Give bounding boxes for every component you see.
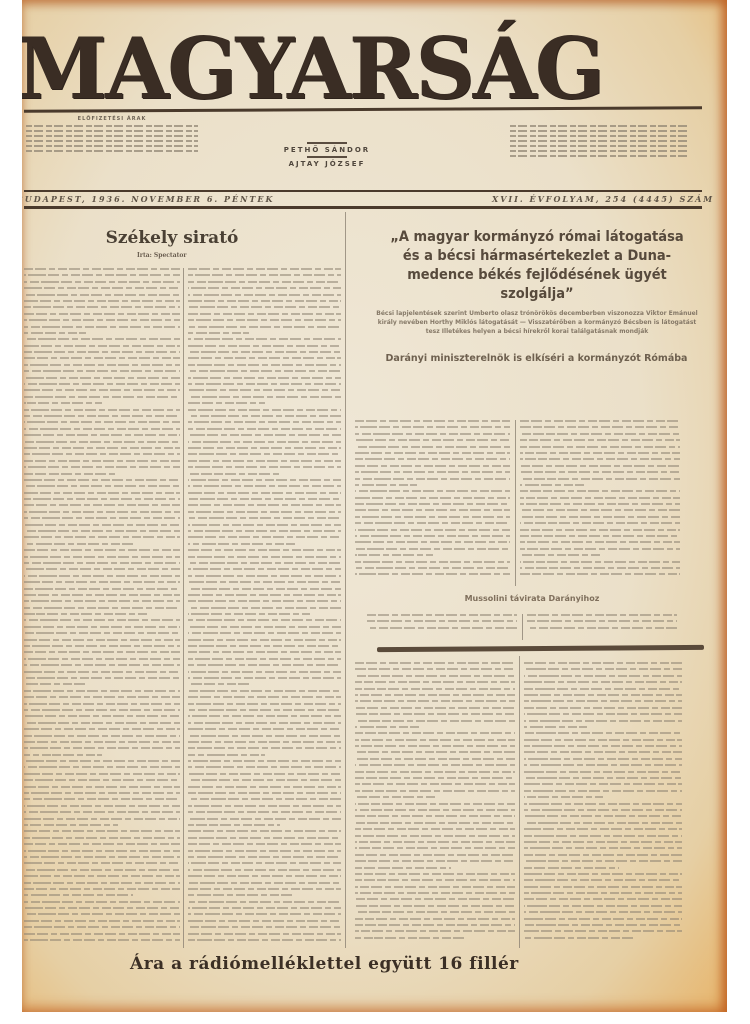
text-line	[188, 556, 341, 558]
text-line	[188, 600, 341, 602]
text-line	[188, 345, 341, 347]
text-line	[355, 522, 510, 524]
text-line	[188, 856, 341, 858]
text-line	[355, 458, 510, 460]
text-line	[188, 626, 341, 628]
text-line	[24, 901, 180, 903]
text-line	[355, 790, 515, 792]
text-line	[355, 911, 515, 913]
text-line	[24, 504, 180, 506]
text-line	[24, 402, 102, 404]
text-line	[355, 548, 510, 550]
text-line	[520, 529, 680, 531]
text-line	[24, 549, 180, 551]
subscription-info-text	[26, 125, 198, 152]
text-line	[24, 511, 180, 513]
text-line	[188, 933, 341, 935]
text-line	[24, 690, 180, 692]
editor-label-rule	[307, 142, 347, 144]
text-line	[188, 364, 341, 366]
text-line	[188, 377, 341, 379]
text-line	[520, 446, 680, 448]
text-line	[355, 668, 515, 670]
text-line	[24, 274, 180, 276]
text-line	[188, 683, 249, 685]
text-line	[24, 492, 180, 494]
text-line	[188, 677, 341, 679]
text-line	[188, 869, 341, 871]
text-line	[188, 338, 341, 340]
text-line	[24, 862, 180, 864]
text-line	[24, 933, 180, 935]
text-line	[24, 294, 180, 296]
text-line	[24, 786, 180, 788]
text-line	[188, 453, 341, 455]
text-line	[188, 632, 341, 634]
text-line	[355, 452, 510, 454]
text-line	[24, 735, 180, 737]
left-article-column-2	[188, 268, 341, 948]
text-line	[355, 803, 515, 805]
text-line	[355, 471, 510, 473]
text-line	[24, 396, 180, 398]
text-line	[24, 530, 180, 532]
text-line	[520, 471, 680, 473]
text-line	[188, 811, 341, 813]
text-line	[355, 751, 515, 753]
text-line	[355, 554, 433, 556]
text-line	[24, 837, 180, 839]
text-line	[24, 357, 180, 359]
text-line	[188, 907, 341, 909]
text-line	[24, 434, 180, 436]
text-line	[24, 613, 149, 615]
editors-block: PETHŐ SÁNDOR AJTAY JÓZSEF	[262, 140, 392, 168]
text-line	[24, 850, 180, 852]
newspaper-page: MAGYARSÁG ELŐFIZETÉSI ÁRAK PETHŐ SÁNDOR …	[22, 0, 727, 1012]
text-line	[524, 937, 635, 939]
text-line	[188, 728, 341, 730]
text-line	[355, 777, 515, 779]
text-line	[24, 920, 180, 922]
text-line	[524, 905, 682, 907]
text-line	[24, 485, 180, 487]
text-line	[188, 779, 341, 781]
text-line	[355, 758, 515, 760]
text-line	[188, 409, 341, 411]
text-line	[24, 345, 180, 347]
text-line	[24, 760, 180, 762]
office-info-text	[510, 125, 690, 157]
text-line	[188, 517, 341, 519]
text-line	[355, 739, 515, 741]
text-line	[520, 541, 680, 543]
text-line	[188, 830, 341, 832]
text-line	[188, 549, 341, 551]
text-line	[355, 764, 515, 766]
text-line	[355, 867, 451, 869]
text-line	[24, 907, 180, 909]
dateline-left: BUDAPEST, 1936. NOVEMBER 6. PÉNTEK	[22, 194, 274, 204]
text-line	[24, 856, 180, 858]
text-line	[355, 529, 510, 531]
text-line	[524, 847, 682, 849]
text-line	[24, 696, 180, 698]
text-line	[24, 703, 180, 705]
dateline-rule	[24, 206, 702, 209]
text-line	[520, 497, 680, 499]
left-article-column-1	[24, 268, 180, 948]
text-line	[524, 841, 682, 843]
text-line	[355, 465, 510, 467]
text-line	[24, 824, 118, 826]
text-line	[188, 441, 341, 443]
text-line	[188, 568, 341, 570]
text-line	[24, 588, 180, 590]
text-line	[188, 351, 341, 353]
text-line	[355, 567, 510, 569]
text-line	[355, 497, 510, 499]
text-line	[188, 428, 341, 430]
text-line	[524, 860, 682, 862]
text-line	[24, 415, 180, 417]
left-article-headline: Székely sirató	[72, 228, 272, 248]
text-line	[188, 741, 341, 743]
text-line	[188, 447, 341, 449]
text-line	[355, 924, 515, 926]
text-line	[524, 713, 682, 715]
text-line	[188, 460, 341, 462]
right-article-deck: Darányi miniszterelnök is elkíséri a kor…	[374, 352, 699, 365]
text-line	[188, 332, 249, 334]
text-line	[24, 479, 180, 481]
text-line	[520, 567, 680, 569]
text-line	[355, 937, 467, 939]
text-line	[24, 722, 180, 724]
text-line	[24, 383, 180, 385]
text-line	[524, 815, 682, 817]
text-line	[188, 850, 341, 852]
text-line	[188, 588, 341, 590]
text-line	[524, 758, 682, 760]
text-line	[24, 364, 180, 366]
text-line	[188, 645, 341, 647]
text-line	[24, 447, 180, 449]
text-line	[355, 879, 515, 881]
column-divider	[183, 268, 184, 948]
text-line	[24, 805, 180, 807]
text-line	[24, 639, 180, 641]
text-line	[24, 421, 180, 423]
masthead-title: MAGYARSÁG	[22, 30, 692, 108]
text-line	[24, 728, 180, 730]
lower-column-1	[355, 662, 515, 948]
text-line	[527, 627, 677, 629]
text-line	[524, 924, 682, 926]
text-line	[355, 681, 515, 683]
text-line	[527, 614, 677, 616]
text-line	[188, 313, 341, 315]
text-line	[24, 792, 180, 794]
text-line	[520, 573, 680, 575]
text-line	[24, 754, 102, 756]
telegram-column-1	[367, 614, 517, 638]
text-line	[367, 620, 517, 622]
text-line	[520, 535, 680, 537]
text-line	[355, 841, 515, 843]
text-line	[524, 771, 682, 773]
text-line	[188, 562, 341, 564]
right-article-headline: „A magyar kormányzó római látogatása és …	[389, 228, 686, 304]
text-line	[188, 792, 341, 794]
text-line	[355, 420, 510, 422]
text-line	[188, 613, 310, 615]
text-line	[24, 332, 86, 334]
text-line	[24, 377, 180, 379]
left-article-byline: Irta: Spectator	[137, 252, 187, 259]
text-line	[520, 465, 680, 467]
lower-column-2	[524, 662, 682, 948]
text-line	[355, 561, 510, 563]
text-line	[188, 415, 341, 417]
text-line	[355, 732, 515, 734]
text-line	[188, 511, 341, 513]
text-line	[524, 796, 603, 798]
text-line	[524, 764, 682, 766]
text-line	[524, 783, 682, 785]
text-line	[188, 735, 341, 737]
text-line	[188, 473, 280, 475]
section-thick-rule	[377, 645, 704, 652]
text-line	[524, 911, 682, 913]
text-line	[524, 732, 682, 734]
text-line	[188, 747, 341, 749]
text-line	[355, 700, 515, 702]
text-line	[188, 306, 341, 308]
text-line	[24, 894, 133, 896]
text-line	[188, 888, 341, 890]
text-line	[24, 658, 180, 660]
editor-label-rule	[307, 156, 347, 158]
text-line	[188, 862, 341, 864]
column-divider	[522, 614, 523, 640]
text-line	[524, 739, 682, 741]
text-line	[188, 754, 265, 756]
text-line	[188, 882, 341, 884]
text-line	[188, 504, 341, 506]
editor-in-chief: PETHŐ SÁNDOR	[262, 146, 392, 154]
text-line	[188, 664, 341, 666]
telegram-column-2	[527, 614, 677, 638]
text-line	[24, 562, 180, 564]
text-line	[524, 835, 682, 837]
text-line	[188, 773, 341, 775]
text-line	[24, 651, 180, 653]
text-line	[355, 860, 515, 862]
text-line	[355, 771, 515, 773]
text-line	[24, 632, 180, 634]
text-line	[188, 671, 341, 673]
text-line	[188, 619, 341, 621]
text-line	[188, 543, 295, 545]
text-line	[24, 779, 180, 781]
column-divider	[519, 656, 520, 948]
text-line	[355, 688, 515, 690]
text-line	[24, 281, 180, 283]
text-line	[355, 662, 515, 664]
text-line	[24, 466, 180, 468]
text-line	[24, 524, 180, 526]
text-line	[24, 536, 180, 538]
text-line	[355, 516, 510, 518]
text-line	[188, 824, 280, 826]
text-line	[524, 854, 682, 856]
text-line	[188, 300, 341, 302]
text-line	[188, 396, 341, 398]
text-line	[520, 426, 680, 428]
text-line	[524, 803, 682, 805]
text-line	[24, 741, 180, 743]
text-line	[24, 830, 180, 832]
text-line	[188, 383, 341, 385]
editor: AJTAY JÓZSEF	[262, 160, 392, 168]
text-line	[24, 313, 180, 315]
text-line	[524, 809, 682, 811]
text-line	[188, 798, 341, 800]
text-line	[188, 492, 341, 494]
text-line	[188, 370, 341, 372]
text-line	[24, 319, 180, 321]
price-line: Ára a rádiómelléklettel együtt 16 fillér	[130, 954, 519, 974]
text-line	[24, 441, 180, 443]
text-line	[355, 892, 515, 894]
text-line	[524, 886, 682, 888]
text-line	[188, 281, 341, 283]
text-line	[355, 573, 510, 575]
text-line	[24, 351, 180, 353]
text-line	[355, 847, 515, 849]
text-line	[355, 783, 515, 785]
text-line	[520, 516, 680, 518]
text-line	[524, 694, 682, 696]
text-line	[520, 484, 584, 486]
text-line	[188, 709, 341, 711]
text-line	[520, 458, 680, 460]
text-line	[24, 811, 180, 813]
text-line	[524, 777, 682, 779]
text-line	[524, 918, 682, 920]
text-line	[188, 843, 341, 845]
text-line	[188, 875, 341, 877]
text-line	[24, 926, 180, 928]
text-line	[524, 707, 682, 709]
text-line	[355, 726, 419, 728]
text-line	[524, 681, 682, 683]
text-line	[355, 535, 510, 537]
column-divider	[345, 212, 346, 948]
text-line	[355, 905, 515, 907]
text-line	[24, 869, 180, 871]
text-line	[367, 614, 517, 616]
text-line	[24, 460, 180, 462]
text-line	[355, 675, 515, 677]
text-line	[355, 446, 510, 448]
text-line	[188, 696, 341, 698]
text-line	[188, 536, 341, 538]
text-line	[188, 326, 341, 328]
text-line	[24, 338, 180, 340]
text-line	[355, 694, 515, 696]
text-line	[188, 485, 341, 487]
text-line	[524, 790, 682, 792]
text-line	[188, 268, 341, 270]
text-line	[355, 886, 515, 888]
text-line	[355, 873, 515, 875]
text-line	[520, 554, 600, 556]
text-line	[188, 594, 341, 596]
text-line	[188, 837, 341, 839]
text-line	[188, 690, 341, 692]
text-line	[24, 683, 86, 685]
text-line	[355, 854, 515, 856]
text-line	[524, 873, 682, 875]
subscription-info: ELŐFIZETÉSI ÁRAK	[26, 116, 198, 155]
text-line	[24, 664, 180, 666]
text-line	[24, 843, 180, 845]
text-line	[524, 892, 682, 894]
text-line	[24, 773, 180, 775]
text-line	[520, 503, 680, 505]
text-line	[24, 645, 180, 647]
text-line	[188, 575, 341, 577]
text-line	[524, 867, 619, 869]
text-line	[188, 287, 341, 289]
text-line	[24, 939, 180, 941]
text-line	[24, 619, 180, 621]
text-line	[24, 888, 180, 890]
text-line	[355, 918, 515, 920]
text-line	[188, 766, 341, 768]
text-line	[355, 541, 510, 543]
text-line	[24, 798, 180, 800]
text-line	[355, 745, 515, 747]
text-line	[355, 796, 435, 798]
text-line	[355, 720, 515, 722]
text-line	[24, 709, 180, 711]
text-line	[524, 700, 682, 702]
text-line	[520, 452, 680, 454]
text-line	[355, 490, 510, 492]
text-line	[524, 720, 682, 722]
right-article-column-1	[355, 420, 510, 586]
subscription-info-title: ELŐFIZETÉSI ÁRAK	[26, 116, 198, 122]
text-line	[24, 715, 180, 717]
text-line	[524, 745, 682, 747]
text-line	[24, 543, 133, 545]
text-line	[355, 828, 515, 830]
text-line	[24, 473, 118, 475]
text-line	[24, 306, 180, 308]
text-line	[188, 607, 341, 609]
text-line	[188, 319, 341, 321]
text-line	[355, 433, 510, 435]
text-line	[24, 326, 180, 328]
text-line	[524, 751, 682, 753]
text-line	[527, 620, 677, 622]
text-line	[524, 662, 682, 664]
text-line	[520, 420, 680, 422]
text-line	[524, 726, 587, 728]
